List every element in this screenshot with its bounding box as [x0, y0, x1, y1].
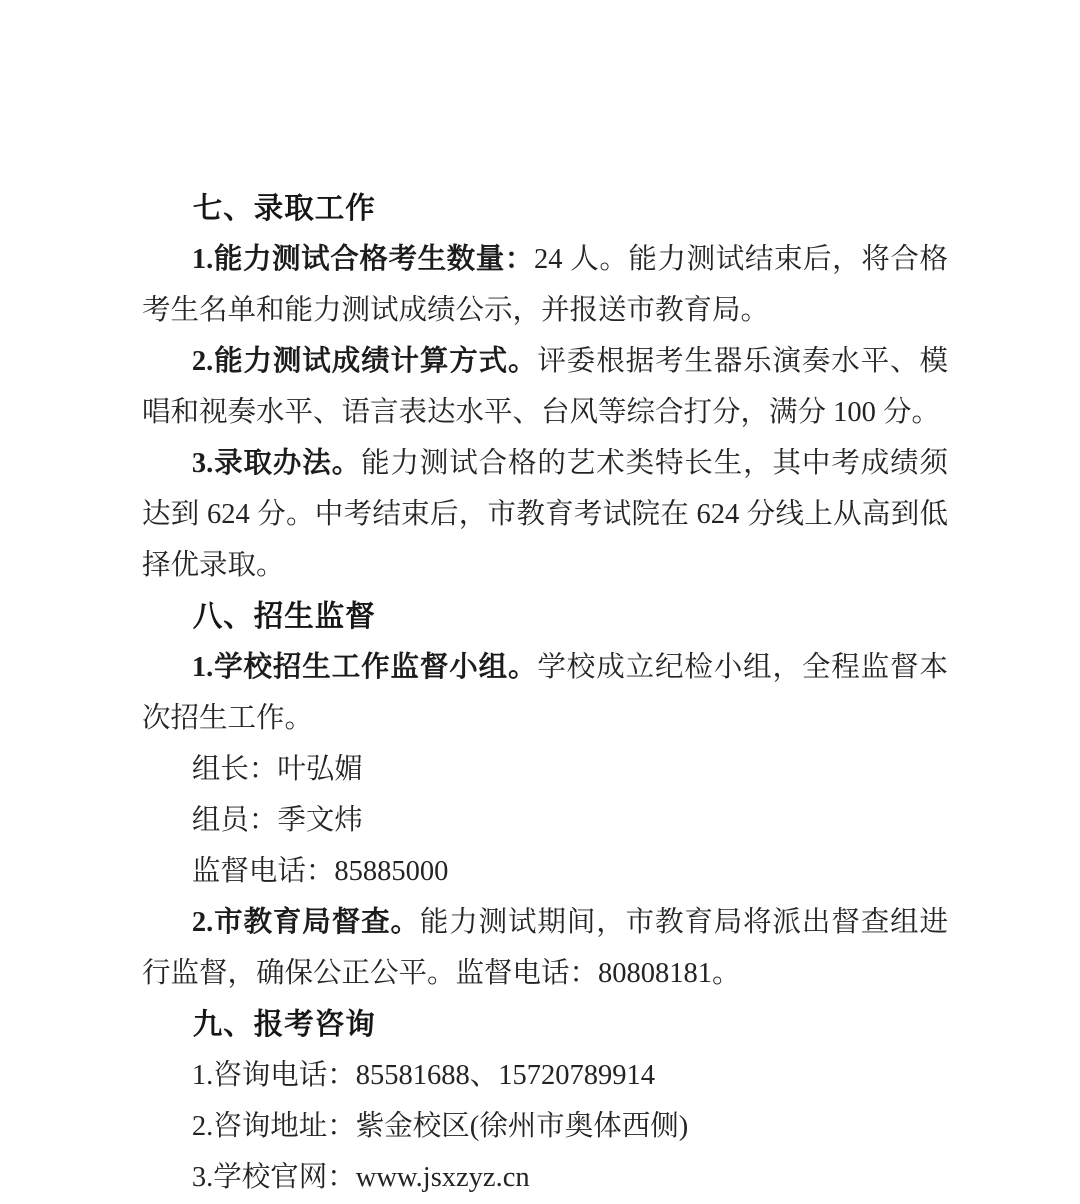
document-page: 七、录取工作1.能力测试合格考生数量：24 人。能力测试结束后，将合格考生名单和… [0, 0, 1080, 1204]
paragraph-lead: 2.市教育局督查。 [192, 907, 420, 938]
paragraph: 3.学校官网：www.jsxzyz.cn [142, 1152, 948, 1203]
document-body: 七、录取工作1.能力测试合格考生数量：24 人。能力测试结束后，将合格考生名单和… [142, 183, 948, 1203]
paragraph: 1.咨询电话：85581688、15720789914 [142, 1050, 948, 1101]
paragraph-text: 组员：季文炜 [192, 805, 363, 836]
paragraph-text: 监督电话：85885000 [192, 856, 449, 887]
paragraph-text: 3.学校官网：www.jsxzyz.cn [192, 1162, 530, 1193]
paragraph: 监督电话：85885000 [142, 846, 948, 897]
section-heading: 七、录取工作 [142, 183, 948, 234]
paragraph: 组员：季文炜 [142, 795, 948, 846]
paragraph: 1.学校招生工作监督小组。学校成立纪检小组，全程监督本次招生工作。 [142, 642, 948, 744]
paragraph: 2.咨询地址：紫金校区(徐州市奥体西侧) [142, 1101, 948, 1152]
section-heading: 九、报考咨询 [142, 999, 948, 1050]
paragraph-text: 1.咨询电话：85581688、15720789914 [192, 1060, 655, 1091]
paragraph-lead: 1.能力测试合格考生数量： [192, 244, 534, 275]
paragraph: 2.市教育局督查。能力测试期间，市教育局将派出督查组进行监督，确保公正公平。监督… [142, 897, 948, 999]
paragraph-lead: 2.能力测试成绩计算方式。 [192, 346, 538, 377]
paragraph: 1.能力测试合格考生数量：24 人。能力测试结束后，将合格考生名单和能力测试成绩… [142, 234, 948, 336]
paragraph: 组长：叶弘媚 [142, 744, 948, 795]
paragraph: 2.能力测试成绩计算方式。评委根据考生器乐演奏水平、模唱和视奏水平、语言表达水平… [142, 336, 948, 438]
paragraph-lead: 1.学校招生工作监督小组。 [192, 652, 538, 683]
paragraph: 3.录取办法。能力测试合格的艺术类特长生，其中考成绩须达到 624 分。中考结束… [142, 438, 948, 591]
section-heading: 八、招生监督 [142, 591, 948, 642]
paragraph-lead: 3.录取办法。 [192, 448, 361, 479]
paragraph-text: 2.咨询地址：紫金校区(徐州市奥体西侧) [192, 1111, 688, 1142]
paragraph-text: 组长：叶弘媚 [192, 754, 363, 785]
